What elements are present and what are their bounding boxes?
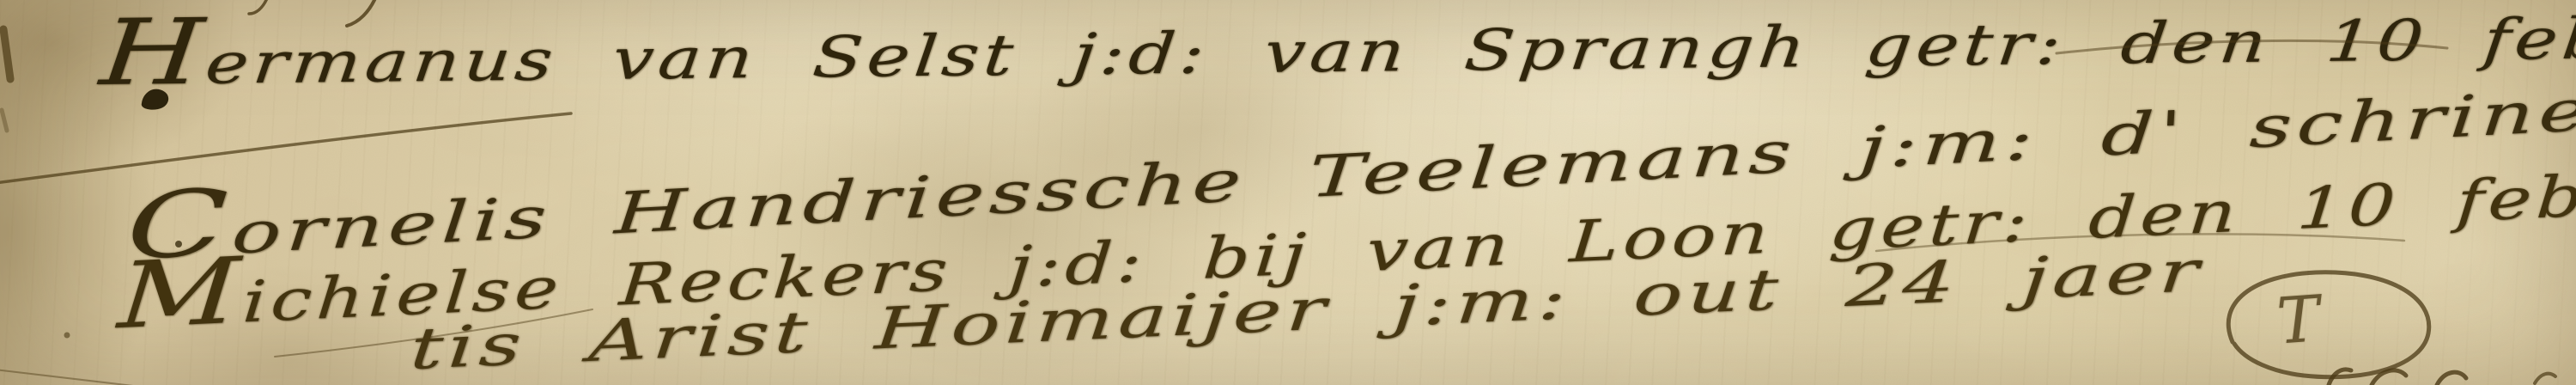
- paraph-circle: [2228, 272, 2429, 377]
- paraph-letter: T: [2275, 282, 2322, 358]
- clipped-top-4: [2535, 374, 2555, 383]
- clipped-top-2: [2372, 370, 2406, 385]
- left-edge-mark-1: [3, 29, 10, 79]
- ink-dot-2: [64, 333, 70, 339]
- manuscript-scan: Hermanus van Selst j:d: van Sprangh getr…: [0, 0, 2576, 385]
- clipped-top-1: [2329, 370, 2351, 385]
- clipped-top-3: [2437, 372, 2466, 385]
- bottom-left-hairline: [0, 370, 148, 385]
- left-edge-mark-2: [2, 110, 7, 131]
